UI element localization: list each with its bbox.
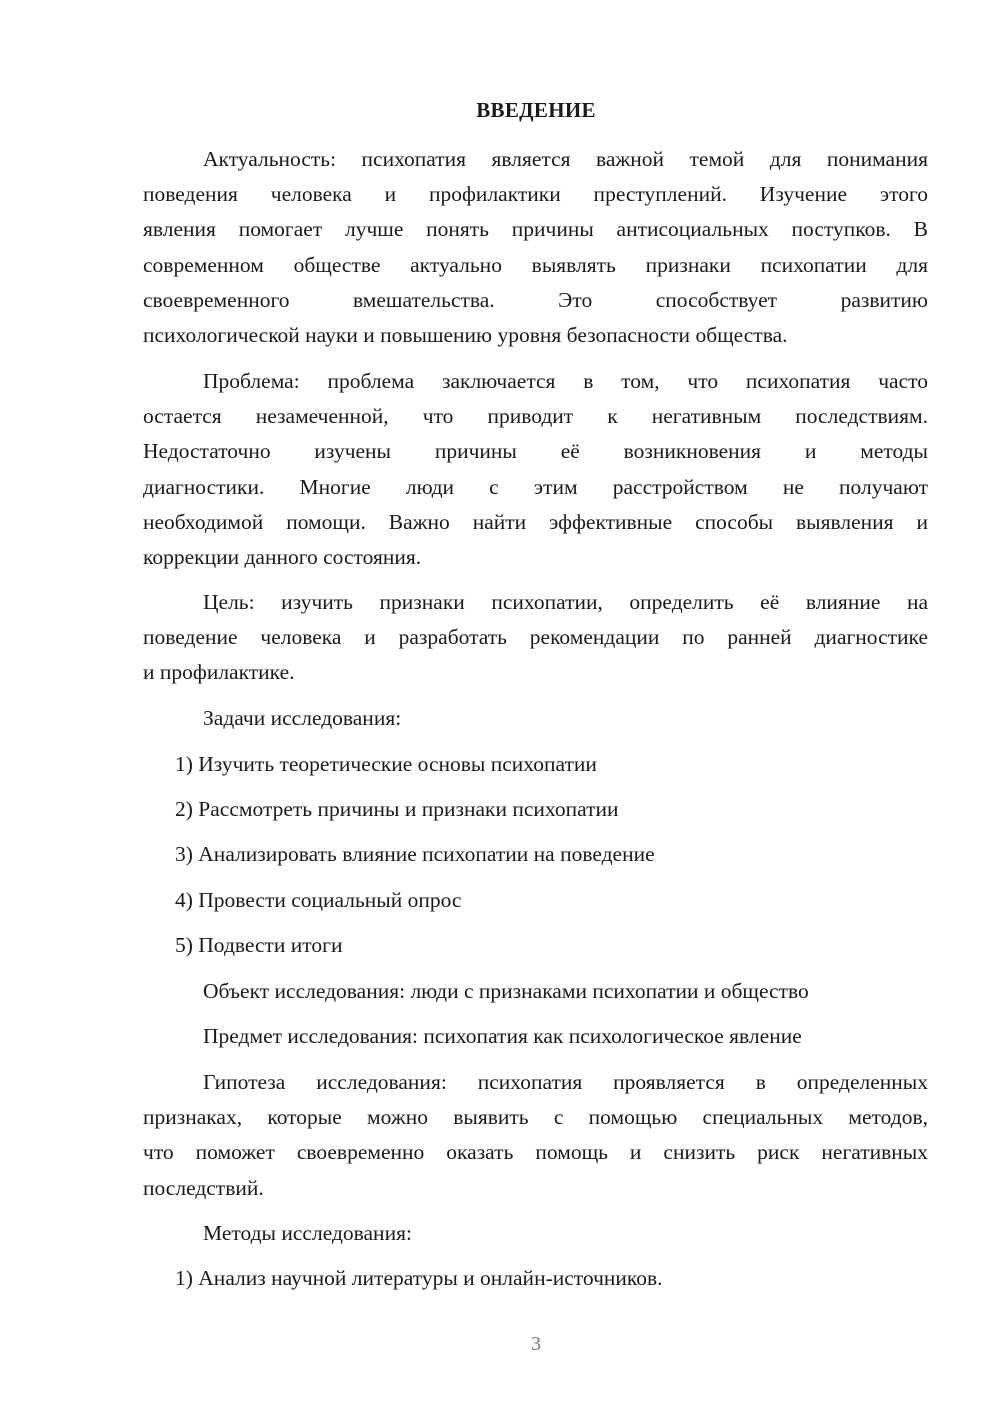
text-line: явления помогает лучше понять причины ан…	[143, 212, 928, 247]
text-line: коррекции данного состояния.	[143, 540, 928, 575]
page-number: 3	[0, 1333, 1000, 1356]
method-item: 1) Анализ научной литературы и онлайн-ис…	[175, 1261, 663, 1296]
text-line: последствий.	[143, 1171, 928, 1206]
task-item: 2) Рассмотреть причины и признаки психоп…	[175, 792, 619, 827]
text-line: Гипотеза исследования: психопатия проявл…	[143, 1065, 928, 1100]
task-item: 5) Подвести итоги	[175, 928, 343, 963]
text-line: поведение человека и разработать рекомен…	[143, 620, 928, 655]
text-line: Проблема: проблема заключается в том, чт…	[143, 364, 928, 399]
text-line: что поможет своевременно оказать помощь …	[143, 1135, 928, 1170]
task-item: 1) Изучить теоретические основы психопат…	[175, 747, 597, 782]
text-line: своевременного вмешательства. Это способ…	[143, 283, 928, 318]
text-line: диагностики. Многие люди с этим расстрой…	[143, 470, 928, 505]
problem-paragraph: Проблема: проблема заключается в том, чт…	[143, 364, 928, 575]
goal-paragraph: Цель: изучить признаки психопатии, опред…	[143, 585, 928, 691]
tasks-heading: Задачи исследования:	[203, 701, 401, 736]
text-line: Недостаточно изучены причины её возникно…	[143, 434, 928, 469]
text-line: необходимой помощи. Важно найти эффектив…	[143, 505, 928, 540]
text-line: и профилактике.	[143, 655, 928, 690]
text-line: психологической науки и повышению уровня…	[143, 318, 928, 353]
text-line: признаках, которые можно выявить с помощ…	[143, 1100, 928, 1135]
research-object: Объект исследования: люди с признаками п…	[203, 974, 809, 1009]
text-line: поведения человека и профилактики престу…	[143, 177, 928, 212]
section-title: ВВЕДЕНИЕ	[0, 98, 1000, 123]
task-item: 3) Анализировать влияние психопатии на п…	[175, 837, 655, 872]
text-line: остается незамеченной, что приводит к не…	[143, 399, 928, 434]
task-item: 4) Провести социальный опрос	[175, 883, 461, 918]
research-subject: Предмет исследования: психопатия как пси…	[203, 1019, 802, 1054]
hypothesis-paragraph: Гипотеза исследования: психопатия проявл…	[143, 1065, 928, 1206]
text-line: Актуальность: психопатия является важной…	[143, 142, 928, 177]
text-line: современном обществе актуально выявлять …	[143, 248, 928, 283]
text-line: Цель: изучить признаки психопатии, опред…	[143, 585, 928, 620]
document-page: ВВЕДЕНИЕ Актуальность: психопатия являет…	[0, 0, 1000, 1414]
relevance-paragraph: Актуальность: психопатия является важной…	[143, 142, 928, 353]
methods-heading: Методы исследования:	[203, 1216, 412, 1251]
